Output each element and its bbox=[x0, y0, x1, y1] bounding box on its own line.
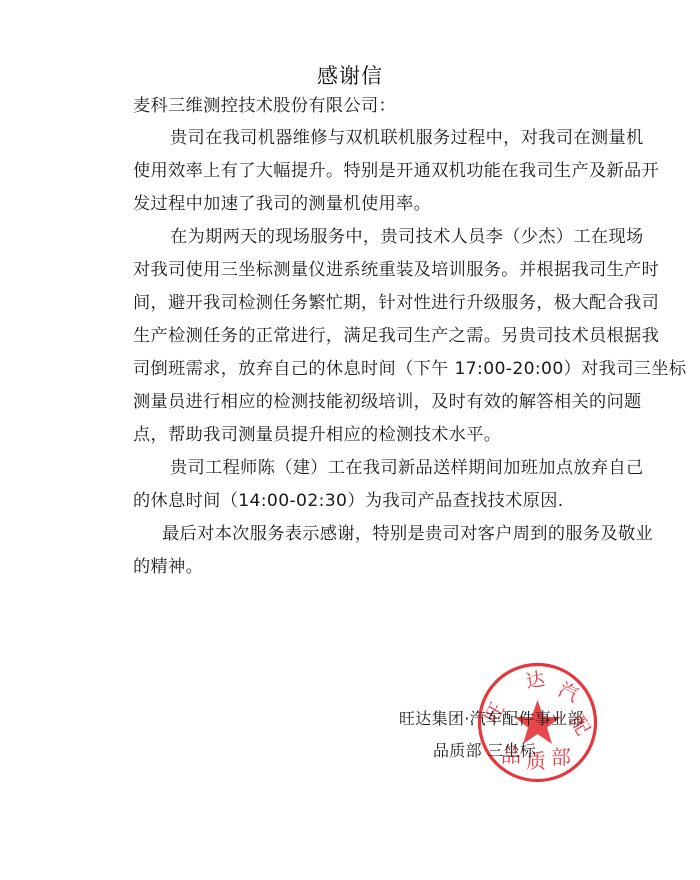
salutation: 麦科三维测控技术股份有限公司： bbox=[133, 95, 583, 117]
paragraph-line: 贵司工程师陈（建）工在我司新品送样期间加班加点放弃自己 bbox=[170, 457, 620, 479]
paragraph-line: 贵司在我司机器维修与双机联机服务过程中，对我司在测量机 bbox=[170, 127, 620, 149]
signature-department: 品质部 三坐标 bbox=[433, 738, 536, 761]
letter-page: 感谢信 麦科三维测控技术股份有限公司： 贵司在我司机器维修与双机联机服务过程中，… bbox=[0, 0, 700, 880]
paragraph-line: 点，帮助我司测量员提升相应的检测技术水平。 bbox=[133, 424, 583, 446]
paragraph-line: 最后对本次服务表示感谢，特别是贵司对客户周到的服务及敬业 bbox=[162, 523, 612, 545]
paragraph-line: 在为期两天的现场服务中，贵司技术人员李（少杰）工在现场 bbox=[170, 226, 620, 248]
paragraph-line: 间，避开我司检测任务繁忙期，针对性进行升级服务，极大配合我司 bbox=[133, 292, 583, 314]
paragraph-line: 发过程中加速了我司的测量机使用率。 bbox=[133, 193, 583, 215]
paragraph-line: 使用效率上有了大幅提升。特别是开通双机功能在我司生产及新品开 bbox=[133, 160, 583, 182]
svg-text:达: 达 bbox=[524, 668, 547, 693]
svg-text:汽: 汽 bbox=[555, 679, 582, 707]
paragraph-line: 对我司使用三坐标测量仪进系统重装及培训服务。并根据我司生产时 bbox=[133, 259, 583, 281]
paragraph-line: 的精神。 bbox=[133, 556, 583, 578]
letter-title: 感谢信 bbox=[0, 60, 700, 90]
signature-organization: 旺达集团·汽车配件事业部 bbox=[399, 706, 584, 729]
paragraph-line: 测量员进行相应的检测技能初级培训，及时有效的解答相关的问题 bbox=[133, 391, 583, 413]
paragraph-line: 的休息时间（14:00-02:30）为我司产品查找技术原因. bbox=[133, 490, 583, 512]
paragraph-line: 生产检测任务的正常进行，满足我司生产之需。另贵司技术员根据我 bbox=[133, 325, 583, 347]
svg-text:部: 部 bbox=[551, 745, 571, 769]
paragraph-line: 司倒班需求，放弃自己的休息时间（下午 17:00-20:00）对我司三坐标 bbox=[133, 358, 583, 380]
